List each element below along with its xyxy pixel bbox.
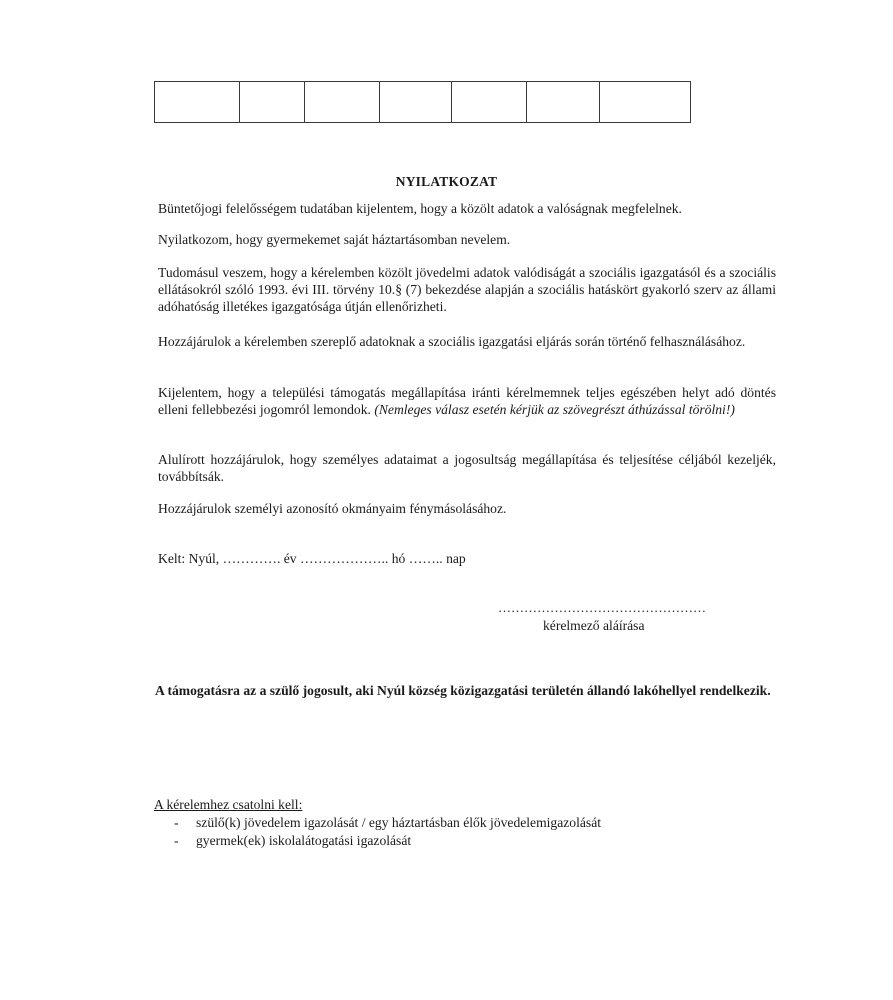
header-box-cell[interactable]: [155, 82, 240, 123]
bullet-dash: -: [174, 814, 179, 832]
declaration-paragraph: Büntetőjogi felelősségem tudatában kijel…: [158, 200, 776, 217]
header-box-cell[interactable]: [380, 82, 452, 123]
signature-line[interactable]: …………………………………………: [498, 600, 706, 616]
declaration-paragraph: Hozzájárulok személyi azonosító okmányai…: [158, 500, 776, 517]
header-box-cell[interactable]: [600, 82, 691, 123]
attachments-heading: A kérelemhez csatolni kell:: [154, 797, 302, 813]
signature-label: kérelmező aláírása: [543, 618, 645, 634]
header-box-cell[interactable]: [240, 82, 305, 123]
header-box-row: [154, 81, 691, 123]
italic-note: (Nemleges válasz esetén kérjük az szöveg…: [374, 402, 735, 417]
header-box-cell[interactable]: [452, 82, 527, 123]
eligibility-notice: A támogatásra az a szülő jogosult, aki N…: [155, 682, 775, 700]
declaration-paragraph: Hozzájárulok a kérelemben szereplő adato…: [158, 333, 776, 350]
date-place-line[interactable]: Kelt: Nyúl, …………. év ……………….. hó …….. na…: [158, 551, 466, 567]
header-box-cell[interactable]: [527, 82, 600, 123]
attachment-item: - szülő(k) jövedelem igazolását / egy há…: [168, 814, 601, 832]
bullet-dash: -: [174, 832, 179, 850]
declaration-paragraph: Alulírott hozzájárulok, hogy személyes a…: [158, 451, 776, 485]
declaration-paragraph: Nyilatkozom, hogy gyermekemet saját házt…: [158, 231, 776, 248]
document-page: NYILATKOZAT Büntetőjogi felelősségem tud…: [0, 0, 893, 1000]
declaration-paragraph: Tudomásul veszem, hogy a kérelemben közö…: [158, 264, 776, 315]
header-box-cell[interactable]: [305, 82, 380, 123]
declaration-paragraph: Kijelentem, hogy a települési támogatás …: [158, 384, 776, 418]
document-title: NYILATKOZAT: [0, 174, 893, 190]
attachment-text: szülő(k) jövedelem igazolását / egy házt…: [196, 815, 601, 830]
attachment-text: gyermek(ek) iskolalátogatási igazolását: [196, 833, 411, 848]
attachment-item: - gyermek(ek) iskolalátogatási igazolásá…: [168, 832, 601, 850]
attachments-list: - szülő(k) jövedelem igazolását / egy há…: [168, 814, 601, 850]
